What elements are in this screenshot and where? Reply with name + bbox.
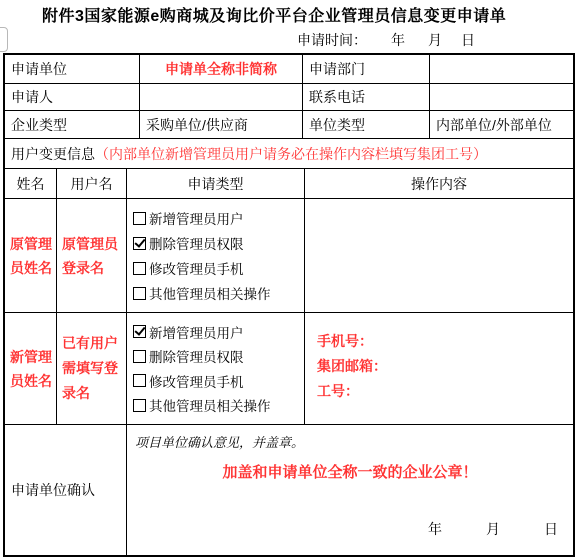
operation-line-phone[interactable]: 手机号： (317, 329, 573, 354)
old-admin-apply-type-options: 新增管理员用户 删除管理员权限 修改管理员手机 其他管理员相关操作 (127, 199, 305, 312)
checkbox-modify-admin-phone[interactable]: 修改管理员手机 (133, 258, 304, 278)
table-row: 用户变更信息（内部单位新增管理员用户请务必在操作内容栏填写集团工号） (5, 139, 573, 169)
application-form-table: 申请单位 申请单全称非简称 申请部门 申请人 联系电话 企业类型 采购单位/供应… (3, 53, 575, 557)
checkbox-delete-admin-rights[interactable]: 删除管理员权限 (133, 233, 304, 253)
col-header-username: 用户名 (57, 169, 127, 198)
page-title: 附件3国家能源e购商城及询比价平台企业管理员信息变更申请单 (42, 3, 506, 26)
old-admin-name-cell[interactable]: 原管理员姓名 (5, 199, 57, 312)
form-page: 附件3国家能源e购商城及询比价平台企业管理员信息变更申请单 申请时间： 年 月 … (0, 0, 579, 560)
apply-dept-label: 申请部门 (303, 55, 430, 83)
contact-phone-value[interactable] (430, 84, 573, 110)
checkbox-add-admin-user[interactable]: 新增管理员用户 (133, 322, 304, 342)
checkbox-icon[interactable] (133, 262, 146, 275)
checkbox-label: 其他管理员相关操作 (149, 283, 271, 303)
col-header-apply-type: 申请类型 (127, 169, 305, 198)
applicant-label: 申请人 (5, 84, 140, 110)
checkbox-modify-admin-phone[interactable]: 修改管理员手机 (133, 371, 304, 391)
checkbox-other-admin-ops[interactable]: 其他管理员相关操作 (133, 395, 304, 415)
checkbox-add-admin-user[interactable]: 新增管理员用户 (133, 208, 304, 228)
checkbox-label: 修改管理员手机 (149, 371, 244, 391)
window-edge-fragment (0, 27, 8, 52)
checkbox-label: 新增管理员用户 (149, 208, 244, 228)
enterprise-type-value[interactable]: 采购单位/供应商 (140, 111, 303, 138)
table-row: 企业类型 采购单位/供应商 单位类型 内部单位/外部单位 (5, 111, 573, 139)
table-row: 申请人 联系电话 (5, 84, 573, 111)
checkbox-label: 新增管理员用户 (149, 322, 244, 342)
checkbox-label: 删除管理员权限 (149, 233, 244, 253)
apply-time-month-label[interactable]: 月 (428, 30, 442, 50)
checkbox-icon[interactable] (133, 325, 146, 338)
checkbox-other-admin-ops[interactable]: 其他管理员相关操作 (133, 283, 304, 303)
checkbox-icon[interactable] (133, 374, 146, 387)
apply-unit-value[interactable]: 申请单全称非简称 (140, 55, 303, 83)
table-row: 原管理员姓名 原管理员登录名 新增管理员用户 删除管理员权限 修改管理员手机 其 (5, 199, 573, 313)
apply-time-label: 申请时间： (297, 30, 367, 50)
enterprise-type-label: 企业类型 (5, 111, 140, 138)
new-admin-operation-cell[interactable]: 手机号： 集团邮箱： 工号： (305, 313, 573, 424)
checkbox-icon[interactable] (133, 287, 146, 300)
old-admin-username-cell[interactable]: 原管理员登录名 (57, 199, 127, 312)
table-row: 新管理员姓名 已有用户需填写登录名 新增管理员用户 删除管理员权限 修改管理员手… (5, 313, 573, 425)
checkbox-icon[interactable] (133, 399, 146, 412)
checkbox-delete-admin-rights[interactable]: 删除管理员权限 (133, 346, 304, 366)
apply-time-day-label[interactable]: 日 (461, 30, 475, 50)
new-admin-username-cell[interactable]: 已有用户需填写登录名 (57, 313, 127, 424)
stamp-instruction: 加盖和申请单位全称一致的企业公章！ (127, 461, 573, 482)
confirm-label: 申请单位确认 (5, 425, 127, 555)
confirm-month-label[interactable]: 月 (486, 519, 500, 539)
checkbox-label: 删除管理员权限 (149, 346, 244, 366)
section-title: 用户变更信息 (11, 144, 95, 164)
apply-dept-value[interactable] (430, 55, 573, 83)
checkbox-icon[interactable] (133, 237, 146, 250)
confirm-year-label[interactable]: 年 (428, 519, 442, 539)
section-note: （内部单位新增管理员用户请务必在操作内容栏填写集团工号） (95, 144, 487, 164)
checkbox-icon[interactable] (133, 212, 146, 225)
confirm-note: 项目单位确认意见，并盖章。 (135, 432, 304, 451)
new-admin-apply-type-options: 新增管理员用户 删除管理员权限 修改管理员手机 其他管理员相关操作 (127, 313, 305, 424)
confirm-area[interactable]: 项目单位确认意见，并盖章。 加盖和申请单位全称一致的企业公章！ 年 月 日 (127, 425, 573, 555)
apply-time-year-label[interactable]: 年 (391, 30, 405, 50)
apply-unit-label: 申请单位 (5, 55, 140, 83)
unit-type-value[interactable]: 内部单位/外部单位 (430, 111, 573, 138)
checkbox-label: 修改管理员手机 (149, 258, 244, 278)
unit-type-label: 单位类型 (303, 111, 430, 138)
confirm-day-label[interactable]: 日 (544, 519, 558, 539)
operation-line-workid[interactable]: 工号： (317, 379, 573, 404)
table-header-row: 姓名 用户名 申请类型 操作内容 (5, 169, 573, 199)
new-admin-name-cell[interactable]: 新管理员姓名 (5, 313, 57, 424)
applicant-value[interactable] (140, 84, 303, 110)
table-row: 申请单位确认 项目单位确认意见，并盖章。 加盖和申请单位全称一致的企业公章！ 年… (5, 425, 573, 555)
table-row: 申请单位 申请单全称非简称 申请部门 (5, 55, 573, 84)
checkbox-icon[interactable] (133, 350, 146, 363)
col-header-operation: 操作内容 (305, 169, 573, 198)
confirm-date-line: 年 月 日 (384, 519, 573, 539)
old-admin-operation-cell[interactable] (305, 199, 573, 312)
operation-line-email[interactable]: 集团邮箱： (317, 354, 573, 379)
col-header-name: 姓名 (5, 169, 57, 198)
checkbox-label: 其他管理员相关操作 (149, 395, 271, 415)
user-change-section-header: 用户变更信息（内部单位新增管理员用户请务必在操作内容栏填写集团工号） (5, 139, 573, 168)
contact-phone-label: 联系电话 (303, 84, 430, 110)
